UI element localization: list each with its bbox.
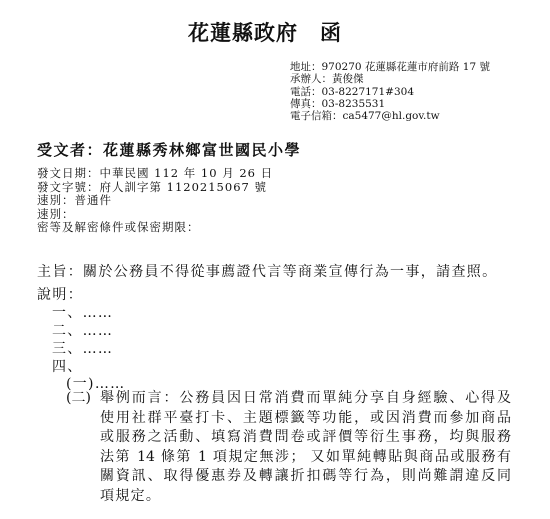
contact-email: 電子信箱：ca5477@hl.gov.tw — [290, 110, 490, 122]
recipient-line: 受文者：花蓮縣秀林鄉富世國民小學 — [37, 139, 301, 160]
paragraph-line-5: 關資訊、取得優惠券及轉讓折扣碼等行為，則尚難謂違反同 — [100, 467, 511, 487]
paragraph-line-6: 項規定。 — [100, 487, 511, 507]
sub-item-2-paragraph: (二) 舉例而言：公務員因日常消費而單純分享自身經驗、心得及 使用社群平臺打卡、… — [66, 389, 511, 507]
contact-info-block: 地址：970270 花蓮縣花蓮市府前路 17 號 承辦人：黃俊傑 電話：03-8… — [290, 61, 490, 122]
contact-handler: 承辦人：黃俊傑 — [290, 73, 490, 85]
delivery-speed-secondary: 速別： — [37, 208, 273, 222]
document-number: 發文字號：府人訓字第 1120215067 號 — [37, 181, 273, 195]
sub-item-2-marker: (二) — [66, 389, 100, 409]
paragraph-line-3: 或服務之活動、填寫消費問卷或評價等衍生事務，均與服務 — [100, 428, 511, 448]
contact-address: 地址：970270 花蓮縣花蓮市府前路 17 號 — [290, 61, 490, 73]
explanation-item-2: 二、…… — [52, 320, 113, 340]
paragraph-line-2: 使用社群平臺打卡、主題標籤等功能，或因消費而參加商品 — [100, 409, 511, 429]
sub-item-2-first-line: (二) 舉例而言：公務員因日常消費而單純分享自身經驗、心得及 — [66, 389, 511, 409]
document-title: 花蓮縣政府 函 — [0, 17, 530, 47]
confidentiality-terms: 密等及解密條件或保密期限： — [37, 221, 273, 235]
contact-phone: 電話：03-8227171#304 — [290, 86, 490, 98]
document-meta-block: 發文日期：中華民國 112 年 10 月 26 日 發文字號：府人訓字第 112… — [37, 167, 273, 235]
explanation-item-3: 三、…… — [52, 338, 113, 358]
paragraph-line-4: 法第 14 條第 1 項規定無涉； 又如單純轉貼與商品或服務有 — [100, 448, 511, 468]
subject-line: 主旨：關於公務員不得從事薦證代言等商業宣傳行為一事，請查照。 — [37, 261, 498, 281]
issue-date: 發文日期：中華民國 112 年 10 月 26 日 — [37, 167, 273, 181]
paragraph-line-1: 舉例而言：公務員因日常消費而單純分享自身經驗、心得及 — [100, 389, 511, 409]
explanation-item-1: 一、…… — [52, 302, 113, 322]
delivery-speed: 速別：普通件 — [37, 194, 273, 208]
contact-fax: 傳真：03-8235531 — [290, 98, 490, 110]
explanation-label: 說明： — [37, 284, 83, 304]
